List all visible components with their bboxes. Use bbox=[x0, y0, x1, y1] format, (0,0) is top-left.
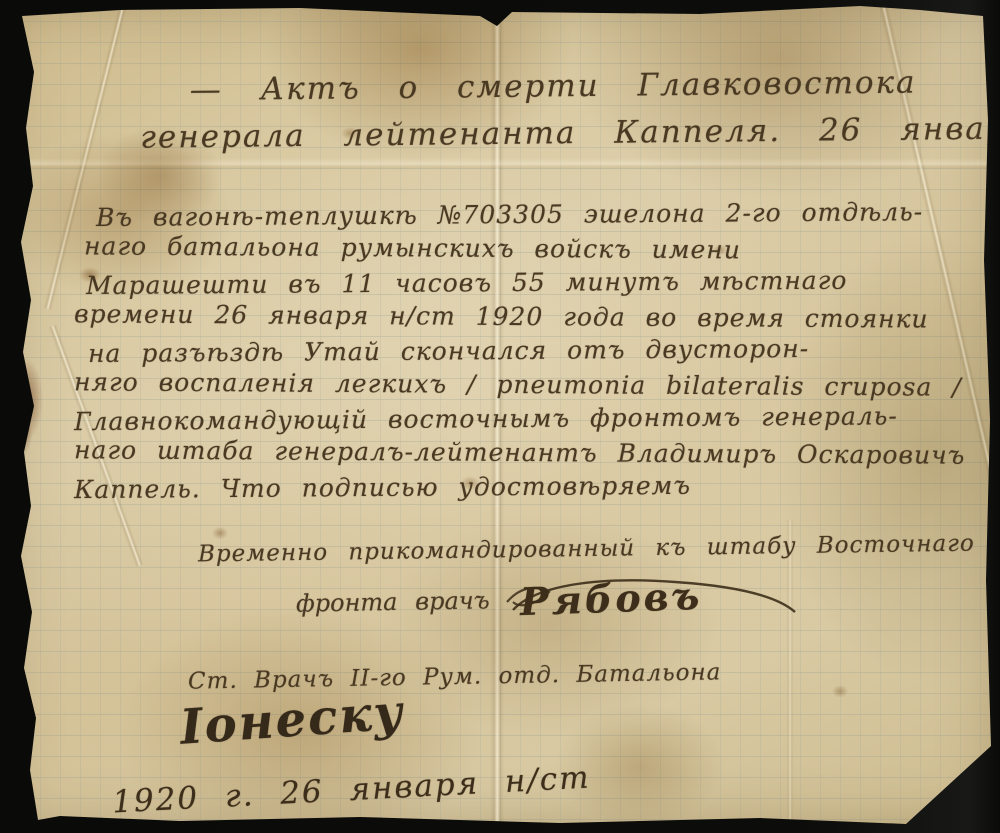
body-line: наго батальона румынскихъ войскъ имени bbox=[74, 229, 966, 268]
document-body: Въ вагонѣ-теплушкѣ №703305 эшелона 2-го … bbox=[74, 198, 965, 504]
body-line: на разъѣздѣ Утай скончался отъ двусторон… bbox=[74, 331, 966, 371]
attestation-line-2: фронта врачъ bbox=[296, 586, 490, 617]
signature-flourish bbox=[505, 572, 805, 632]
body-line: няго воспаленія легкихъ / pneumonia bila… bbox=[74, 365, 966, 404]
document-title: — Актъ о смерти Главковостока генерала л… bbox=[140, 56, 1000, 161]
body-line: Марашешти въ 11 часовъ 55 минутъ мѣстнаг… bbox=[74, 263, 966, 303]
body-line: времени 26 января н/ст 1920 года во врем… bbox=[74, 297, 966, 336]
body-line: Каппель. Что подписью удостовѣряемъ bbox=[74, 467, 966, 507]
body-line: Въ вагонѣ-теплушкѣ №703305 эшелона 2-го … bbox=[74, 195, 966, 235]
body-line: Главнокомандующій восточнымъ фронтомъ ге… bbox=[74, 399, 966, 439]
photo-background: — Актъ о смерти Главковостока генерала л… bbox=[0, 0, 1000, 833]
body-line: наго штаба генералъ-лейтенантъ Владимиръ… bbox=[74, 433, 966, 472]
document-paper: — Актъ о смерти Главковостока генерала л… bbox=[0, 0, 1000, 833]
